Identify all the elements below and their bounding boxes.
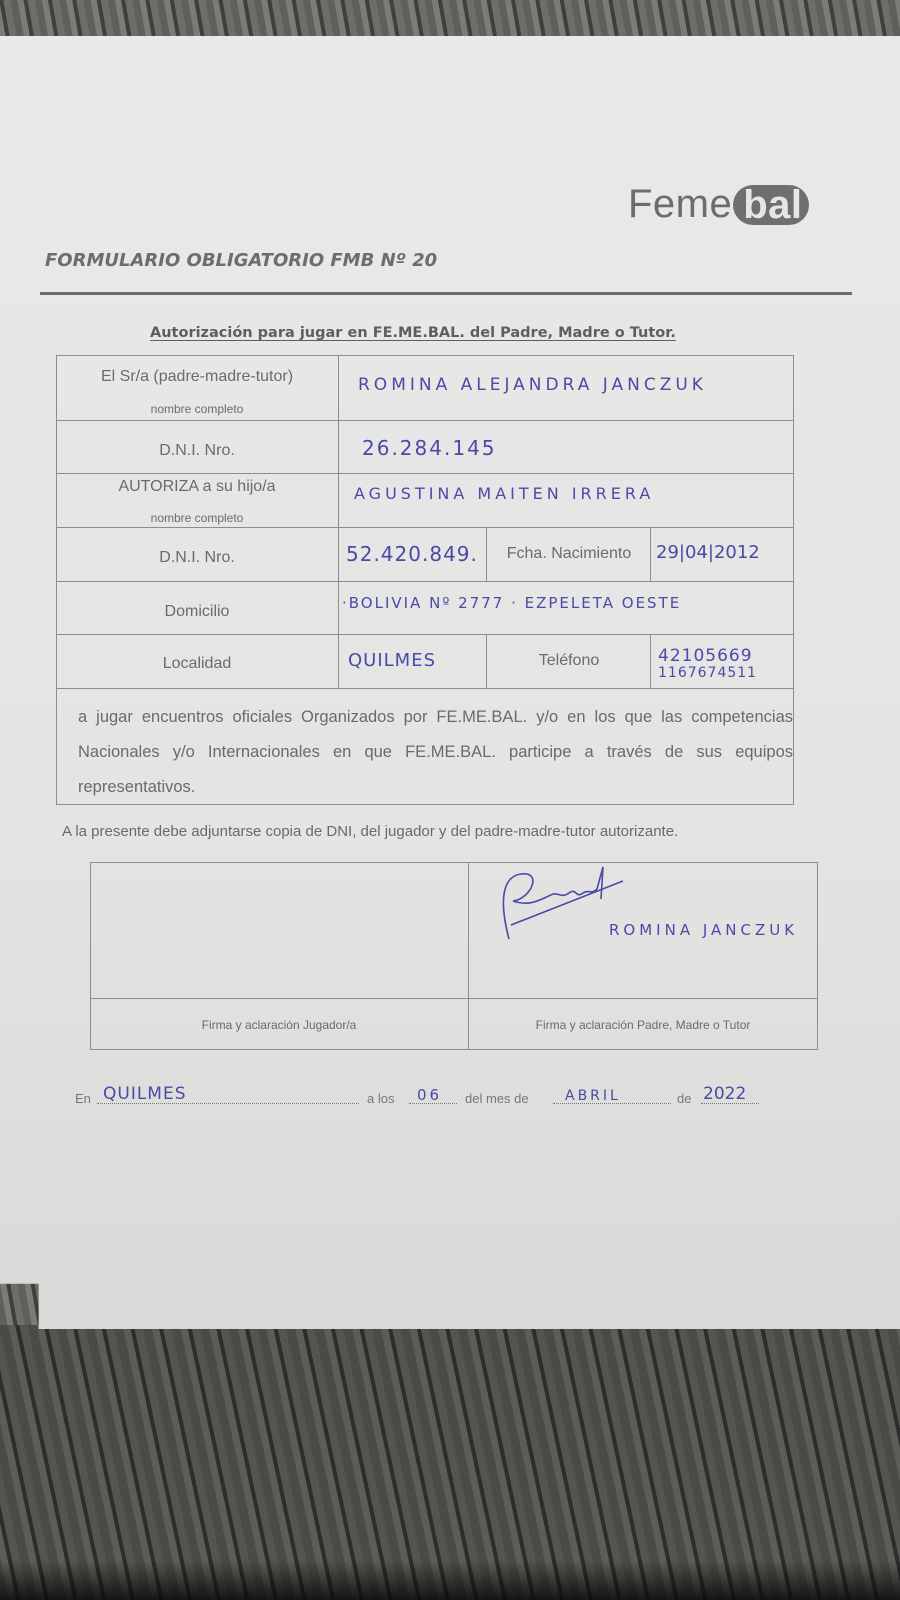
year-field[interactable]: 2022 xyxy=(703,1084,746,1104)
table-rule xyxy=(56,527,794,528)
day-field[interactable]: 06 xyxy=(417,1086,442,1104)
label-address: Domicilio xyxy=(56,603,338,621)
table-rule xyxy=(56,581,794,582)
logo-text: Feme xyxy=(628,182,732,227)
player-signature-box[interactable] xyxy=(91,863,467,997)
guardian-clarification: ROMINA JANCZUK xyxy=(609,921,798,939)
authorization-text: a jugar encuentros oficiales Organizados… xyxy=(78,700,793,805)
label-guardian-dni: D.N.I. Nro. xyxy=(56,442,338,460)
year-label: de xyxy=(677,1091,691,1106)
table-divider xyxy=(338,355,339,688)
place-field[interactable]: QUILMES xyxy=(103,1084,187,1104)
label-guardian: El Sr/a (padre-madre-tutor) xyxy=(56,368,338,386)
table-divider xyxy=(486,527,487,581)
birth-date-field[interactable]: 29|04|2012 xyxy=(656,542,760,563)
guardian-signature-box[interactable]: ROMINA JANCZUK xyxy=(469,863,817,997)
form-title: FORMULARIO OBLIGATORIO FMB Nº 20 xyxy=(45,250,437,271)
place-prefix: En xyxy=(75,1091,91,1106)
label-guardian-sub: nombre completo xyxy=(56,402,338,416)
form-subtitle: Autorización para jugar en FE.ME.BAL. de… xyxy=(150,325,676,341)
phone-field-1[interactable]: 42105669 xyxy=(658,646,753,666)
locality-field[interactable]: QUILMES xyxy=(348,650,436,671)
address-field[interactable]: ·BOLIVIA Nº 2777 · EZPELETA OESTE xyxy=(342,594,681,612)
guardian-name-field[interactable]: ROMINA ALEJANDRA JANCZUK xyxy=(358,375,707,395)
day-label: a los xyxy=(367,1091,394,1106)
label-birth-date: Fcha. Nacimiento xyxy=(490,545,648,563)
child-dni-field[interactable]: 52.420.849. xyxy=(346,542,478,566)
table-rule xyxy=(56,473,794,474)
label-phone: Teléfono xyxy=(490,652,648,670)
month-label: del mes de xyxy=(465,1091,529,1106)
label-locality: Localidad xyxy=(56,655,338,673)
logo-pill: bal xyxy=(733,185,808,225)
table-divider xyxy=(486,634,487,688)
phone-field-2[interactable]: 1167674511 xyxy=(658,665,757,681)
title-rule xyxy=(40,292,852,295)
table-rule xyxy=(56,420,794,421)
player-signature-label: Firma y aclaración Jugador/a xyxy=(90,1018,468,1032)
label-child-dni: D.N.I. Nro. xyxy=(56,549,338,567)
table-rule xyxy=(56,688,794,689)
attachment-note: A la presente debe adjuntarse copia de D… xyxy=(62,823,678,840)
label-child-sub: nombre completo xyxy=(56,511,338,525)
child-name-field[interactable]: AGUSTINA MAITEN IRRERA xyxy=(354,484,654,503)
month-field[interactable]: ABRIL xyxy=(565,1088,621,1104)
table-rule xyxy=(56,634,794,635)
table-divider xyxy=(650,634,651,688)
label-child: AUTORIZA a su hijo/a xyxy=(56,478,338,496)
granite-countertop xyxy=(0,1325,900,1600)
place-date-line: En QUILMES a los 06 del mes de ABRIL de … xyxy=(75,1080,775,1110)
guardian-dni-field[interactable]: 26.284.145 xyxy=(362,436,497,460)
signature-rule xyxy=(90,998,818,999)
table-divider xyxy=(650,527,651,581)
guardian-signature-label: Firma y aclaración Padre, Madre o Tutor xyxy=(468,1018,818,1032)
femebal-logo: Femebal xyxy=(628,182,809,227)
